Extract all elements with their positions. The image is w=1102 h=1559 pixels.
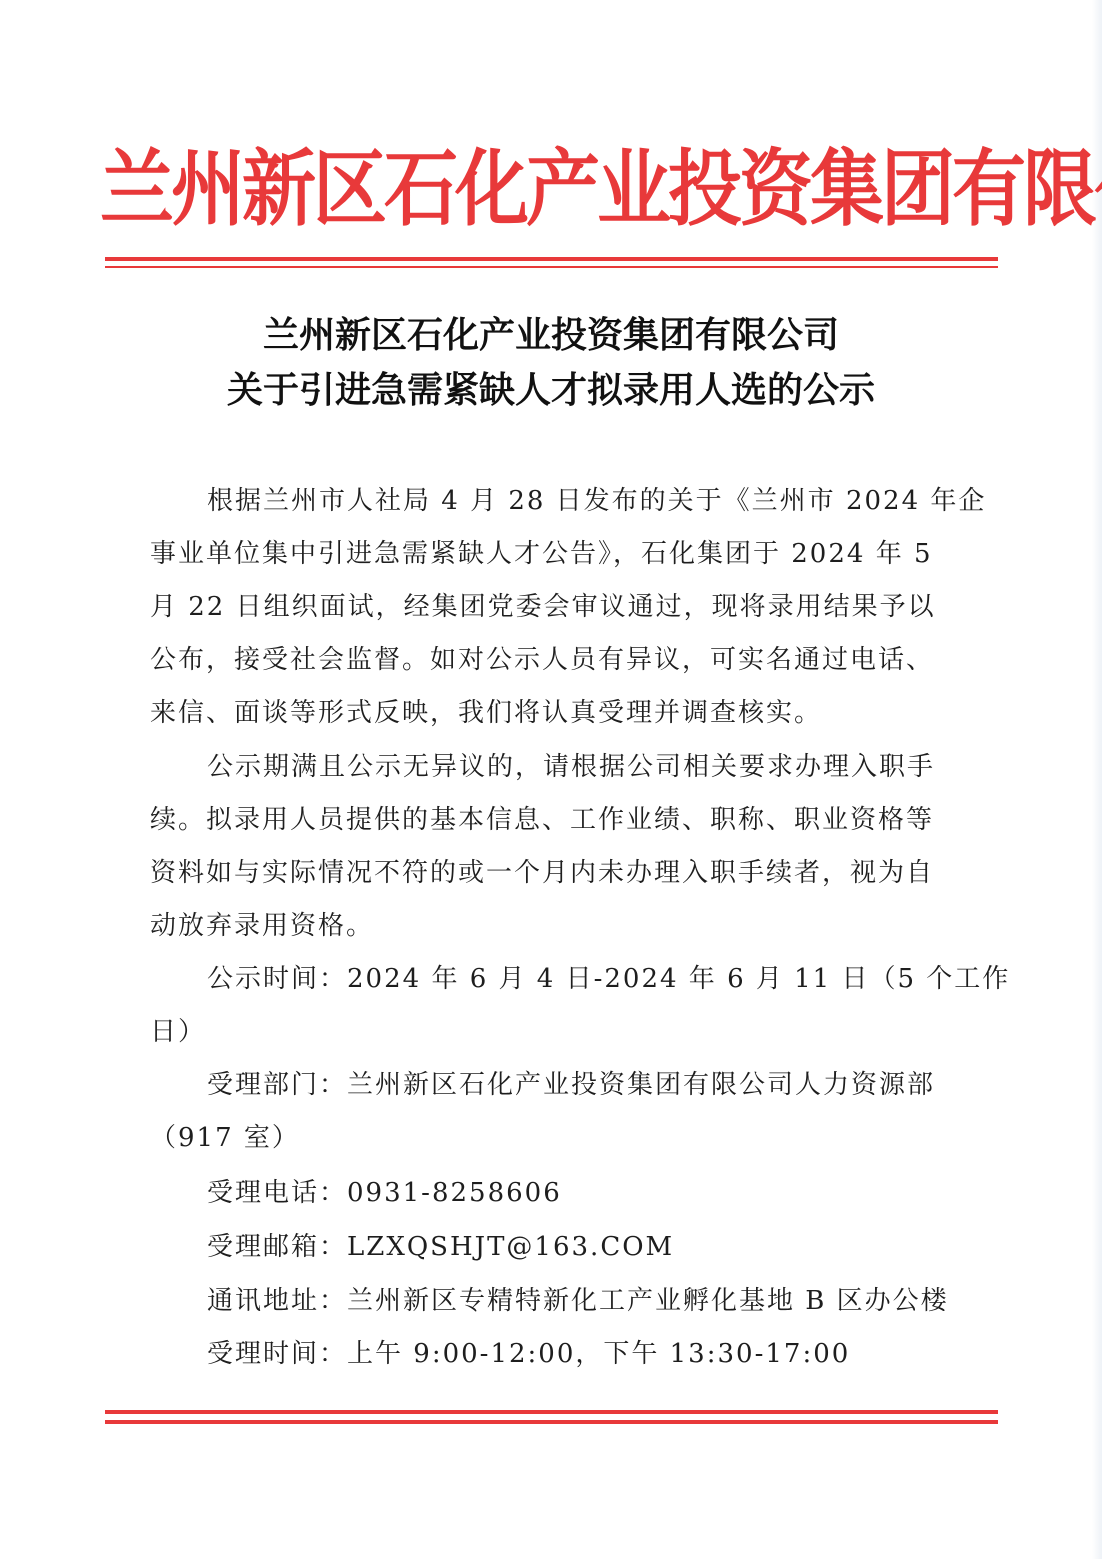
address-label: 通讯地址： <box>207 1286 347 1316</box>
letterhead-org-name: 兰州新区石化产业投资集团有限公司 <box>100 128 1000 251</box>
footer-rule-1 <box>105 1410 998 1414</box>
body-line: 月 22 日组织面试，经集团党委会审议通过，现将录用结果予以 <box>150 586 936 623</box>
letterhead-rule-thin <box>105 266 998 268</box>
body-line: 来信、面谈等形式反映，我们将认真受理并调查核实。 <box>150 692 822 729</box>
department-room: （917 室） <box>150 1117 300 1154</box>
body-line: 续。拟录用人员提供的基本信息、工作业绩、职称、职业资格等 <box>150 799 934 836</box>
body-line: 资料如与实际情况不符的或一个月内未办理入职手续者，视为自 <box>150 852 934 889</box>
email-value: LZXQSHJT@163.COM <box>347 1232 674 1262</box>
publicity-period-value: 2024 年 6 月 4 日-2024 年 6 月 11 日（5 个工作 <box>347 964 1010 994</box>
phone-value: 0931-8258606 <box>347 1178 562 1208</box>
document-title-line2: 关于引进急需紧缺人才拟录用人选的公示 <box>0 362 1102 413</box>
body-line: 事业单位集中引进急需紧缺人才公告》，石化集团于 2024 年 5 <box>150 533 933 570</box>
mailing-address: 通讯地址：兰州新区专精特新化工产业孵化基地 B 区办公楼 <box>207 1280 949 1317</box>
email-label: 受理邮箱： <box>207 1232 347 1262</box>
phone-label: 受理电话： <box>207 1178 347 1208</box>
department-value: 兰州新区石化产业投资集团有限公司人力资源部 <box>347 1070 935 1100</box>
hours-value: 上午 9:00-12:00，下午 13:30-17:00 <box>347 1339 850 1369</box>
office-hours: 受理时间：上午 9:00-12:00，下午 13:30-17:00 <box>207 1333 850 1370</box>
document-title-line1: 兰州新区石化产业投资集团有限公司 <box>0 307 1102 358</box>
department-label: 受理部门： <box>207 1070 347 1100</box>
hours-label: 受理时间： <box>207 1339 347 1369</box>
body-line: 根据兰州市人社局 4 月 28 日发布的关于《兰州市 2024 年企 <box>207 480 986 517</box>
contact-email: 受理邮箱：LZXQSHJT@163.COM <box>207 1226 674 1263</box>
address-value: 兰州新区专精特新化工产业孵化基地 B 区办公楼 <box>347 1286 949 1316</box>
body-line: 公布，接受社会监督。如对公示人员有异议，可实名通过电话、 <box>150 639 934 676</box>
publicity-period-value-cont: 日） <box>150 1011 206 1048</box>
publicity-period-label: 公示时间： <box>207 964 347 994</box>
body-line: 动放弃录用资格。 <box>150 905 374 942</box>
footer-rule-2 <box>105 1420 998 1424</box>
contact-phone: 受理电话：0931-8258606 <box>207 1172 562 1209</box>
letterhead-rule-thick <box>105 257 998 261</box>
body-line: 公示期满且公示无异议的，请根据公司相关要求办理入职手 <box>207 746 935 783</box>
